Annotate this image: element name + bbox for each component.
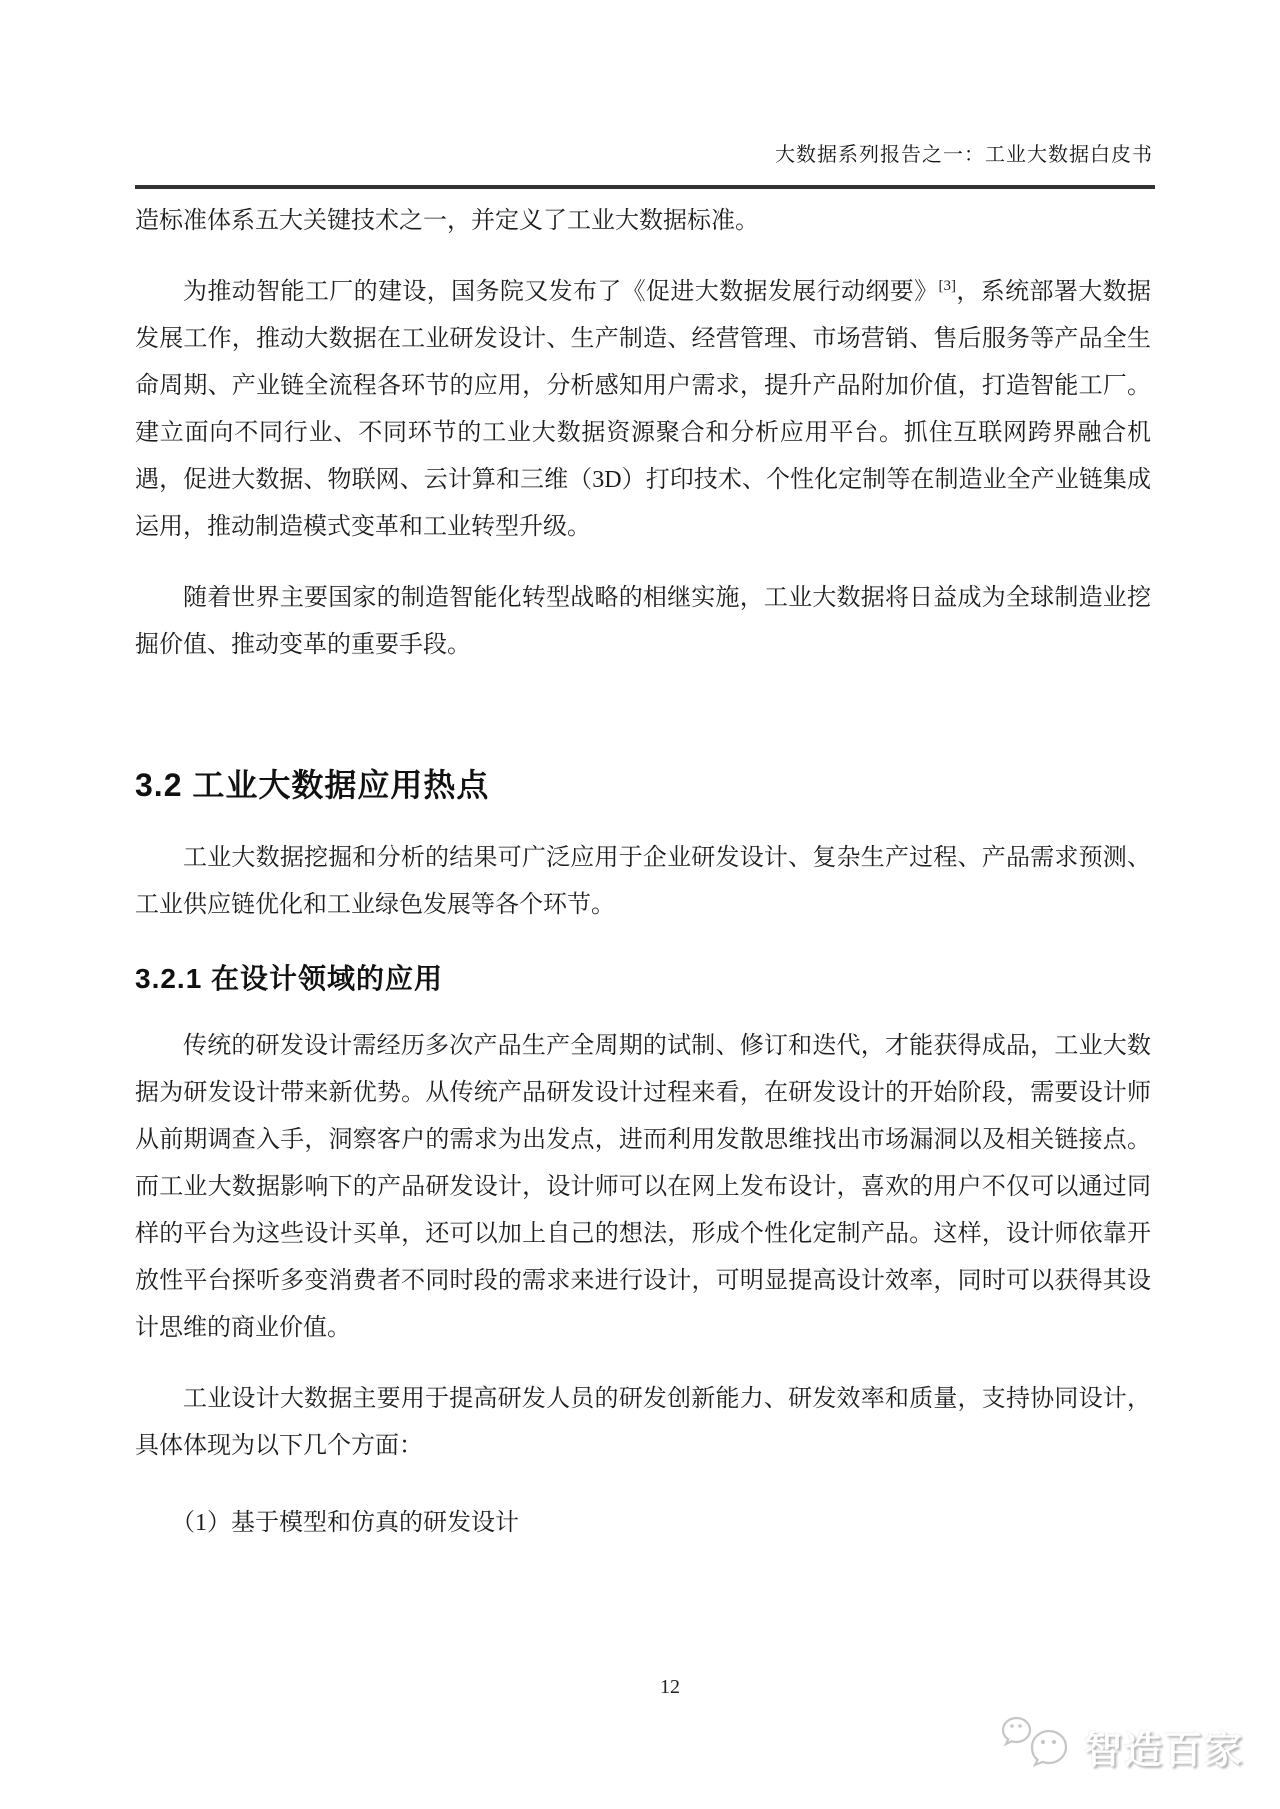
footnote-reference-3: [3] bbox=[939, 278, 957, 294]
list-item-model-simulation: （1）基于模型和仿真的研发设计 bbox=[135, 1500, 1151, 1547]
document-body: 造标准体系五大关键技术之一，并定义了工业大数据标准。 为推动智能工厂的建设，国务… bbox=[135, 198, 1151, 1571]
paragraph-policy-text-before-ref: 为推动智能工厂的建设，国务院又发布了《促进大数据发展行动纲要》 bbox=[183, 279, 939, 305]
paragraph-policy-text-after-ref: ，系统部署大数据发展工作，推动大数据在工业研发设计、生产制造、经营管理、市场营销… bbox=[135, 279, 1151, 540]
header-rule bbox=[135, 185, 1155, 189]
subsection-heading-3-2-1: 3.2.1 在设计领域的应用 bbox=[135, 957, 1151, 1001]
paragraph-hotspots: 工业大数据挖掘和分析的结果可广泛应用于企业研发设计、复杂生产过程、产品需求预测、… bbox=[135, 835, 1151, 929]
document-page: 大数据系列报告之一：工业大数据白皮书 造标准体系五大关键技术之一，并定义了工业大… bbox=[0, 0, 1280, 1809]
paragraph-continuation: 造标准体系五大关键技术之一，并定义了工业大数据标准。 bbox=[135, 198, 1151, 245]
watermark-text: 智造百家 bbox=[1084, 1719, 1244, 1774]
paragraph-design-field: 传统的研发设计需经历多次产品生产全周期的试制、修订和迭代，才能获得成品，工业大数… bbox=[135, 1023, 1151, 1352]
paragraph-trend: 随着世界主要国家的制造智能化转型战略的相继实施，工业大数据将日益成为全球制造业挖… bbox=[135, 575, 1151, 669]
section-heading-3-2: 3.2 工业大数据应用热点 bbox=[135, 761, 1151, 809]
wechat-icon bbox=[1000, 1714, 1074, 1779]
running-header-title: 大数据系列报告之一：工业大数据白皮书 bbox=[135, 138, 1153, 167]
paragraph-policy: 为推动智能工厂的建设，国务院又发布了《促进大数据发展行动纲要》[3]，系统部署大… bbox=[135, 269, 1151, 551]
paragraph-industrial-design: 工业设计大数据主要用于提高研发人员的研发创新能力、研发效率和质量，支持协同设计，… bbox=[135, 1376, 1151, 1470]
page-number: 12 bbox=[660, 1676, 680, 1699]
watermark: 智造百家 bbox=[1000, 1714, 1244, 1779]
